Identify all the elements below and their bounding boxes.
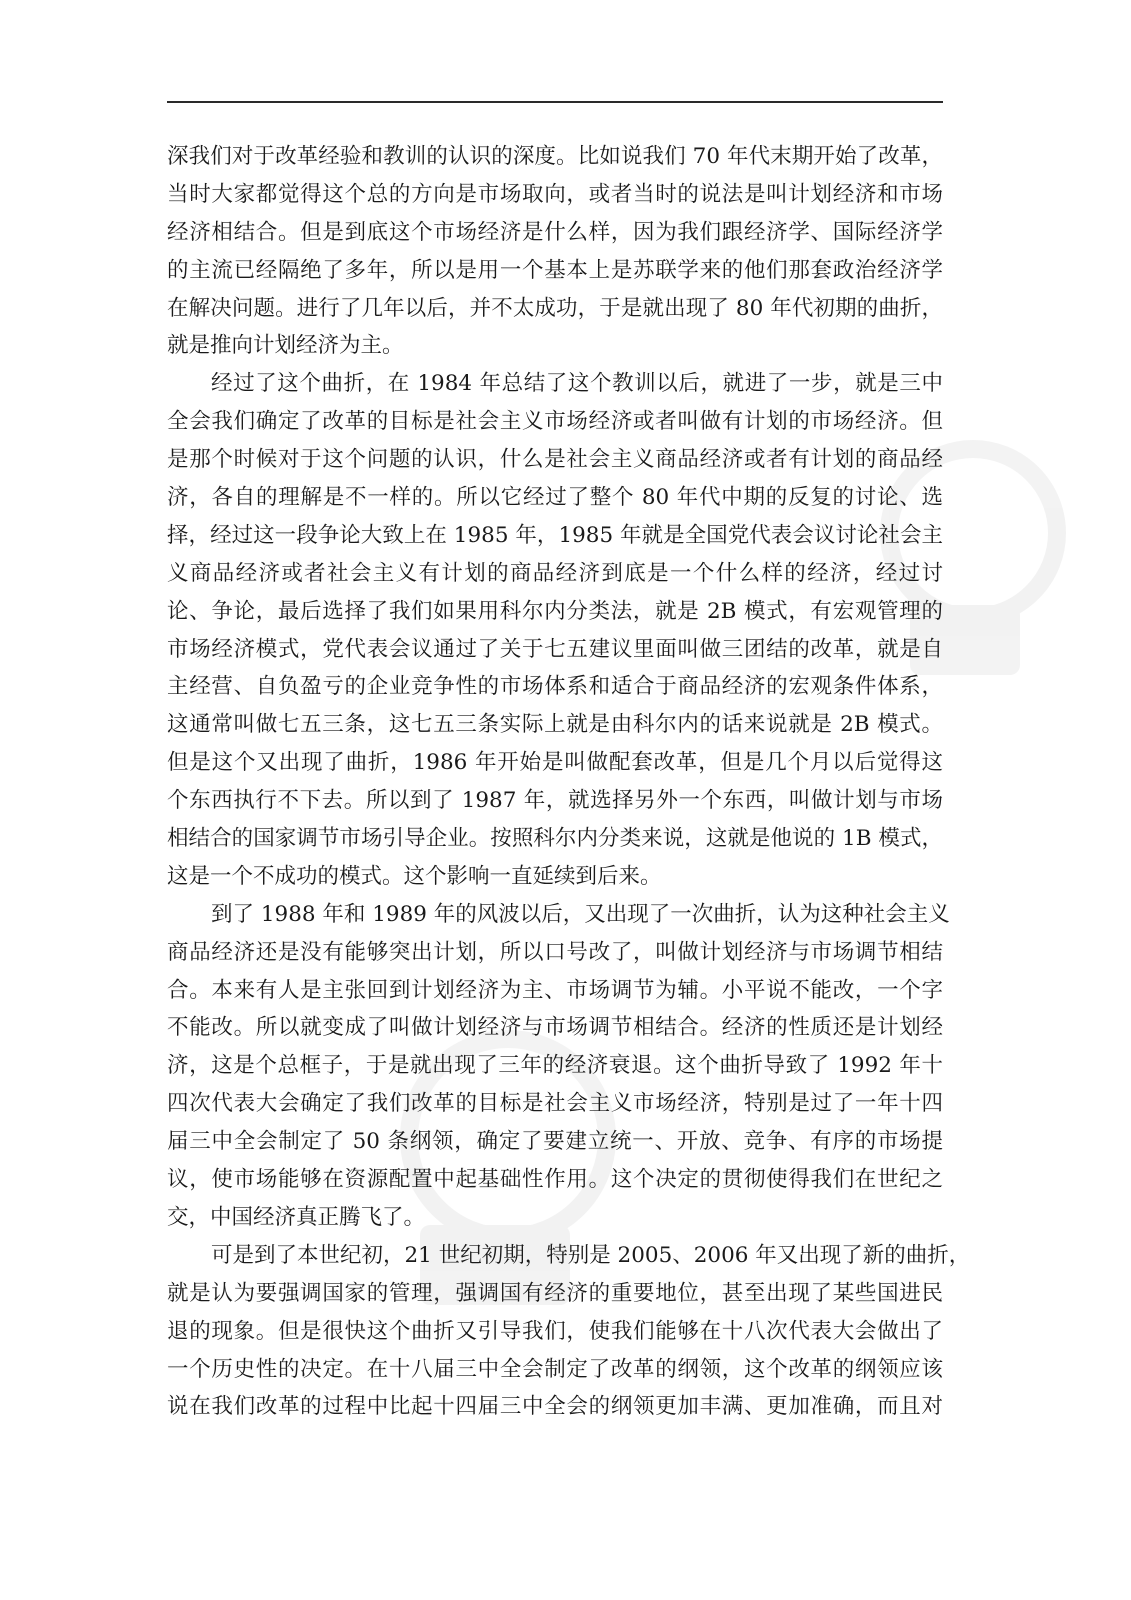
text-line: 退的现象。但是很快这个曲折又引导我们，使我们能够在十八次代表大会做出了 (167, 1313, 943, 1351)
text-line: 市场经济模式，党代表会议通过了关于七五建议里面叫做三团结的改革，就是自 (167, 631, 943, 669)
text-line: 当时大家都觉得这个总的方向是市场取向，或者当时的说法是叫计划经济和市场 (167, 176, 943, 214)
paragraph: 经过了这个曲折，在 1984 年总结了这个教训以后，就进了一步，就是三中全会我们… (167, 365, 943, 895)
text-line: 深我们对于改革经验和教训的认识的深度。比如说我们 70 年代末期开始了改革， (167, 138, 943, 176)
text-line: 在解决问题。进行了几年以后，并不太成功，于是就出现了 80 年代初期的曲折， (167, 290, 943, 328)
text-line: 届三中全会制定了 50 条纲领，确定了要建立统一、开放、竞争、有序的市场提 (167, 1123, 943, 1161)
text-line: 就是推向计划经济为主。 (167, 327, 943, 365)
text-line: 这通常叫做七五三条，这七五三条实际上就是由科尔内的话来说就是 2B 模式。 (167, 706, 943, 744)
text-line: 议，使市场能够在资源配置中起基础性作用。这个决定的贯彻使得我们在世纪之 (167, 1161, 943, 1199)
text-line: 经济相结合。但是到底这个市场经济是什么样，因为我们跟经济学、国际经济学 (167, 214, 943, 252)
text-line: 一个历史性的决定。在十八届三中全会制定了改革的纲领，这个改革的纲领应该 (167, 1351, 943, 1389)
text-line: 全会我们确定了改革的目标是社会主义市场经济或者叫做有计划的市场经济。但 (167, 403, 943, 441)
document-page: 深我们对于改革经验和教训的认识的深度。比如说我们 70 年代末期开始了改革，当时… (0, 0, 1131, 1600)
text-line: 论、争论，最后选择了我们如果用科尔内分类法，就是 2B 模式，有宏观管理的 (167, 593, 943, 631)
text-line: 义商品经济或者社会主义有计划的商品经济到底是一个什么样的经济，经过讨 (167, 555, 943, 593)
text-line: 商品经济还是没有能够突出计划，所以口号改了，叫做计划经济与市场调节相结 (167, 934, 943, 972)
text-line: 不能改。所以就变成了叫做计划经济与市场调节相结合。经济的性质还是计划经 (167, 1009, 943, 1047)
text-line: 相结合的国家调节市场引导企业。按照科尔内分类来说，这就是他说的 1B 模式， (167, 820, 943, 858)
header-rule (167, 101, 943, 103)
text-line: 济，各自的理解是不一样的。所以它经过了整个 80 年代中期的反复的讨论、选 (167, 479, 943, 517)
text-line: 是那个时候对于这个问题的认识，什么是社会主义商品经济或者有计划的商品经 (167, 441, 943, 479)
paragraph: 到了 1988 年和 1989 年的风波以后，又出现了一次曲折，认为这种社会主义… (167, 896, 943, 1237)
text-line: 合。本来有人是主张回到计划经济为主、市场调节为辅。小平说不能改，一个字 (167, 972, 943, 1010)
text-line: 交，中国经济真正腾飞了。 (167, 1199, 943, 1237)
text-line: 的主流已经隔绝了多年，所以是用一个基本上是苏联学来的他们那套政治经济学 (167, 252, 943, 290)
paragraph: 可是到了本世纪初，21 世纪初期，特别是 2005、2006 年又出现了新的曲折… (167, 1237, 943, 1426)
text-line: 但是这个又出现了曲折，1986 年开始是叫做配套改革，但是几个月以后觉得这 (167, 744, 943, 782)
text-line: 到了 1988 年和 1989 年的风波以后，又出现了一次曲折，认为这种社会主义 (167, 896, 943, 934)
text-line: 经过了这个曲折，在 1984 年总结了这个教训以后，就进了一步，就是三中 (167, 365, 943, 403)
text-line: 可是到了本世纪初，21 世纪初期，特别是 2005、2006 年又出现了新的曲折… (167, 1237, 943, 1275)
text-line: 说在我们改革的过程中比起十四届三中全会的纲领更加丰满、更加准确，而且对 (167, 1388, 943, 1426)
text-line: 济，这是个总框子，于是就出现了三年的经济衰退。这个曲折导致了 1992 年十 (167, 1047, 943, 1085)
text-line: 个东西执行不下去。所以到了 1987 年，就选择另外一个东西，叫做计划与市场 (167, 782, 943, 820)
text-line: 主经营、自负盈亏的企业竞争性的市场体系和适合于商品经济的宏观条件体系， (167, 668, 943, 706)
body-text: 深我们对于改革经验和教训的认识的深度。比如说我们 70 年代末期开始了改革，当时… (167, 138, 943, 1426)
text-line: 就是认为要强调国家的管理，强调国有经济的重要地位，甚至出现了某些国进民 (167, 1275, 943, 1313)
paragraph: 深我们对于改革经验和教训的认识的深度。比如说我们 70 年代末期开始了改革，当时… (167, 138, 943, 365)
text-line: 四次代表大会确定了我们改革的目标是社会主义市场经济，特别是过了一年十四 (167, 1085, 943, 1123)
text-line: 这是一个不成功的模式。这个影响一直延续到后来。 (167, 858, 943, 896)
text-line: 择，经过这一段争论大致上在 1985 年，1985 年就是全国党代表会议讨论社会… (167, 517, 943, 555)
